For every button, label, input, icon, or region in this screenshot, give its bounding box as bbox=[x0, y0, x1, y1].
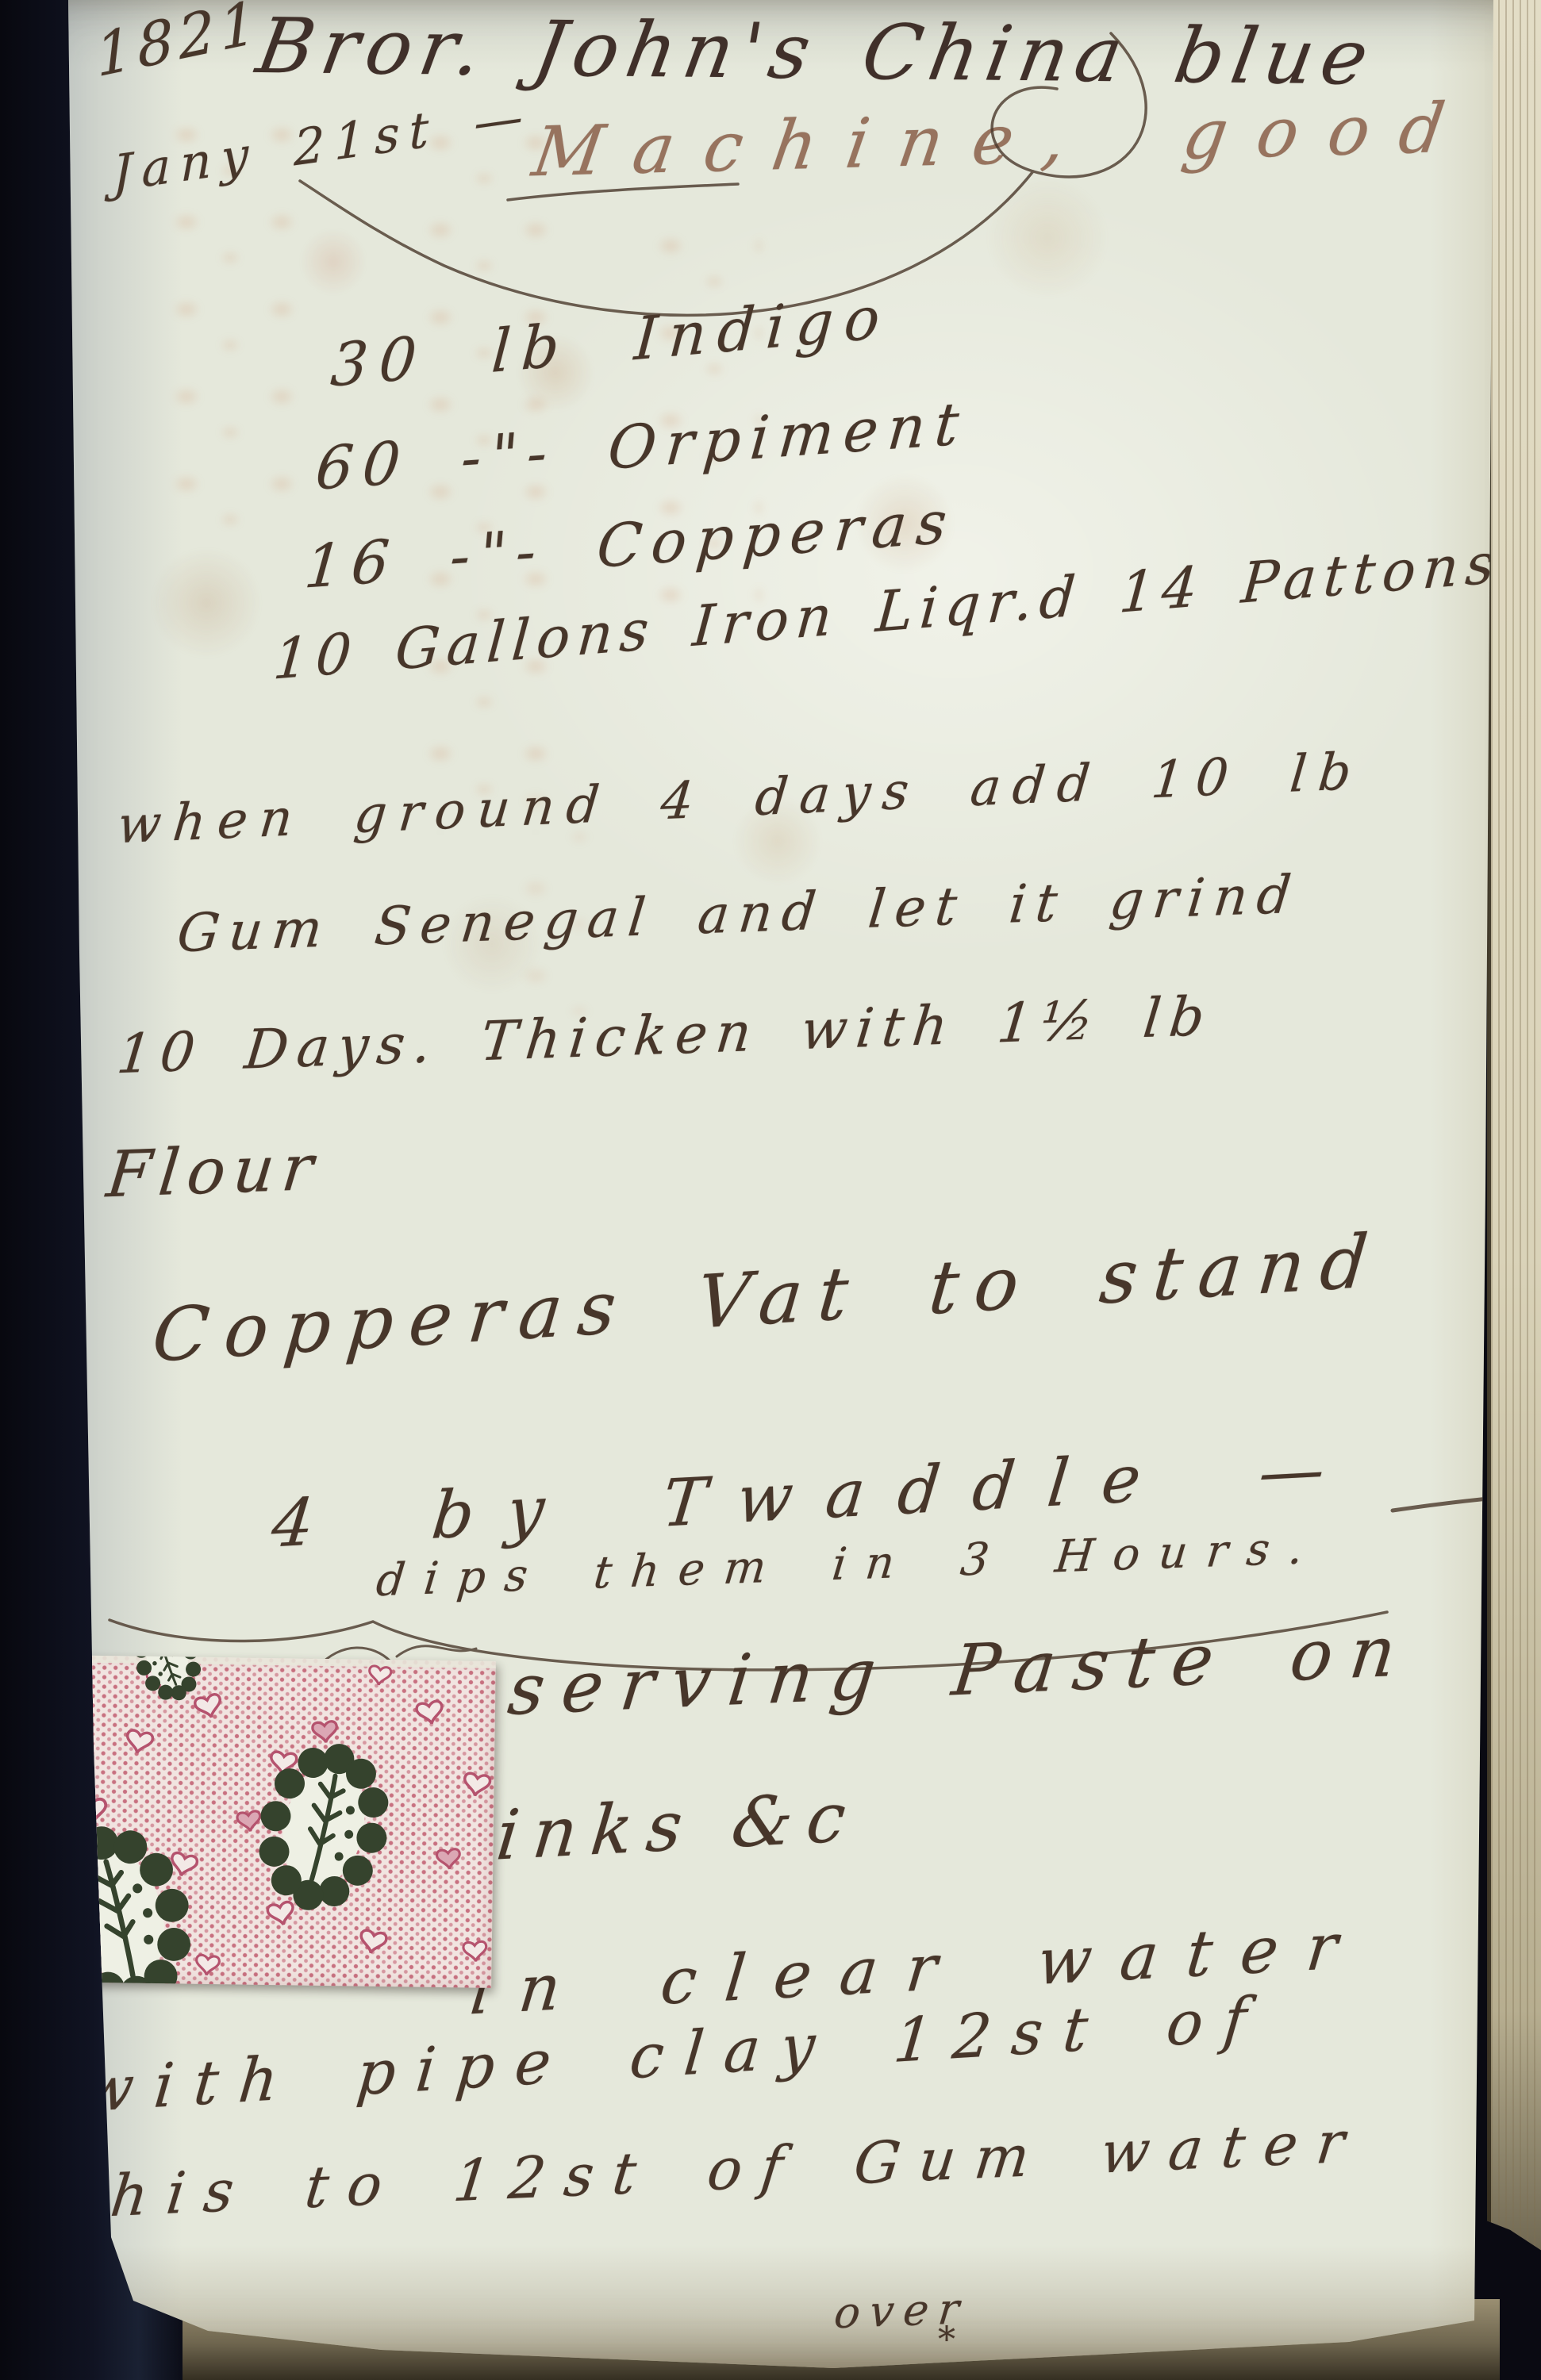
swatch-print-pattern bbox=[42, 1655, 496, 1988]
photo-of-manuscript: 1821 Bror. John's China blue Jany 21st —… bbox=[0, 0, 1541, 2380]
manuscript-page: 1821 Bror. John's China blue Jany 21st —… bbox=[0, 0, 1541, 2380]
leaf-medallions bbox=[42, 1655, 407, 1988]
ms-footnote-mark: * bbox=[938, 2320, 955, 2360]
fabric-swatch bbox=[42, 1655, 496, 1988]
book-fore-edge bbox=[1487, 0, 1541, 2285]
ms-note-flour: Flour bbox=[103, 1130, 325, 1212]
ms-title: Bror. John's China blue bbox=[251, 2, 1382, 102]
